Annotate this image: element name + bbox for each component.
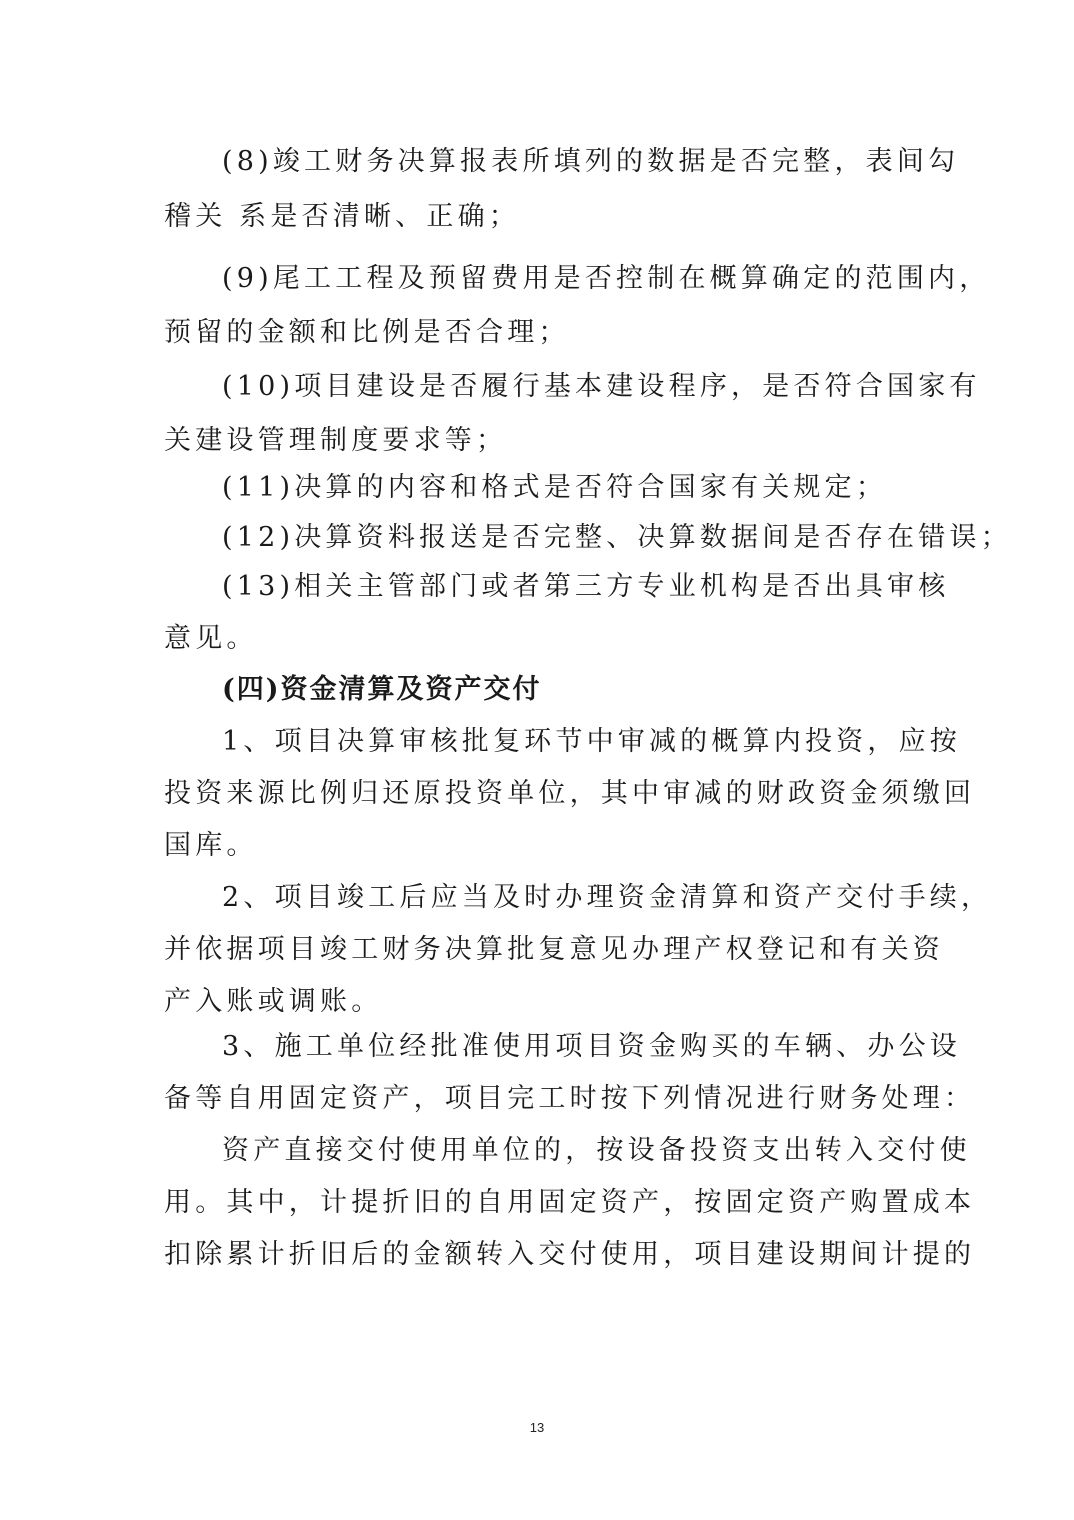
text-line: 预留的金额和比例是否合理； bbox=[164, 316, 570, 350]
text-line: (12)决算资料报送是否完整、决算数据间是否存在错误； bbox=[222, 521, 1012, 555]
text-line: 资产直接交付使用单位的，按设备投资支出转入交付使 bbox=[222, 1134, 971, 1168]
text-line: 2、项目竣工后应当及时办理资金清算和资产交付手续， bbox=[222, 881, 992, 915]
text-line: 备等自用固定资产，项目完工时按下列情况进行财务处理： bbox=[164, 1082, 975, 1116]
text-line: 并依据项目竣工财务决算批复意见办理产权登记和有关资 bbox=[164, 933, 944, 967]
text-line: 关建设管理制度要求等； bbox=[164, 424, 507, 458]
text-line: 国库。 bbox=[164, 829, 258, 863]
text-line: 产入账或调账。 bbox=[164, 985, 382, 1019]
text-line: (8)竣工财务决算报表所填列的数据是否完整，表间勾 bbox=[222, 145, 959, 179]
page-number: 13 bbox=[0, 1420, 1074, 1435]
text-line: 用。其中，计提折旧的自用固定资产，按固定资产购置成本 bbox=[164, 1186, 975, 1220]
text-line: (9)尾工工程及预留费用是否控制在概算确定的范围内， bbox=[222, 262, 990, 296]
text-line: 投资来源比例归还原投资单位，其中审减的财政资金须缴回 bbox=[164, 777, 975, 811]
section-heading: (四)资金清算及资产交付 bbox=[222, 673, 542, 707]
text-line: (10)项目建设是否履行基本建设程序，是否符合国家有 bbox=[222, 370, 981, 404]
text-line: 扣除累计折旧后的金额转入交付使用，项目建设期间计提的 bbox=[164, 1238, 975, 1272]
text-line: 1、项目决算审核批复环节中审减的概算内投资，应按 bbox=[222, 725, 961, 759]
text-line: 意见。 bbox=[164, 622, 258, 656]
document-page: (8)竣工财务决算报表所填列的数据是否完整，表间勾稽关 系是否清晰、正确；(9)… bbox=[0, 0, 1074, 1520]
text-line: 3、施工单位经批准使用项目资金购买的车辆、办公设 bbox=[222, 1030, 961, 1064]
text-line: (11)决算的内容和格式是否符合国家有关规定； bbox=[222, 471, 887, 505]
text-line: (13)相关主管部门或者第三方专业机构是否出具审核 bbox=[222, 570, 949, 604]
text-line: 稽关 系是否清晰、正确； bbox=[164, 200, 520, 234]
